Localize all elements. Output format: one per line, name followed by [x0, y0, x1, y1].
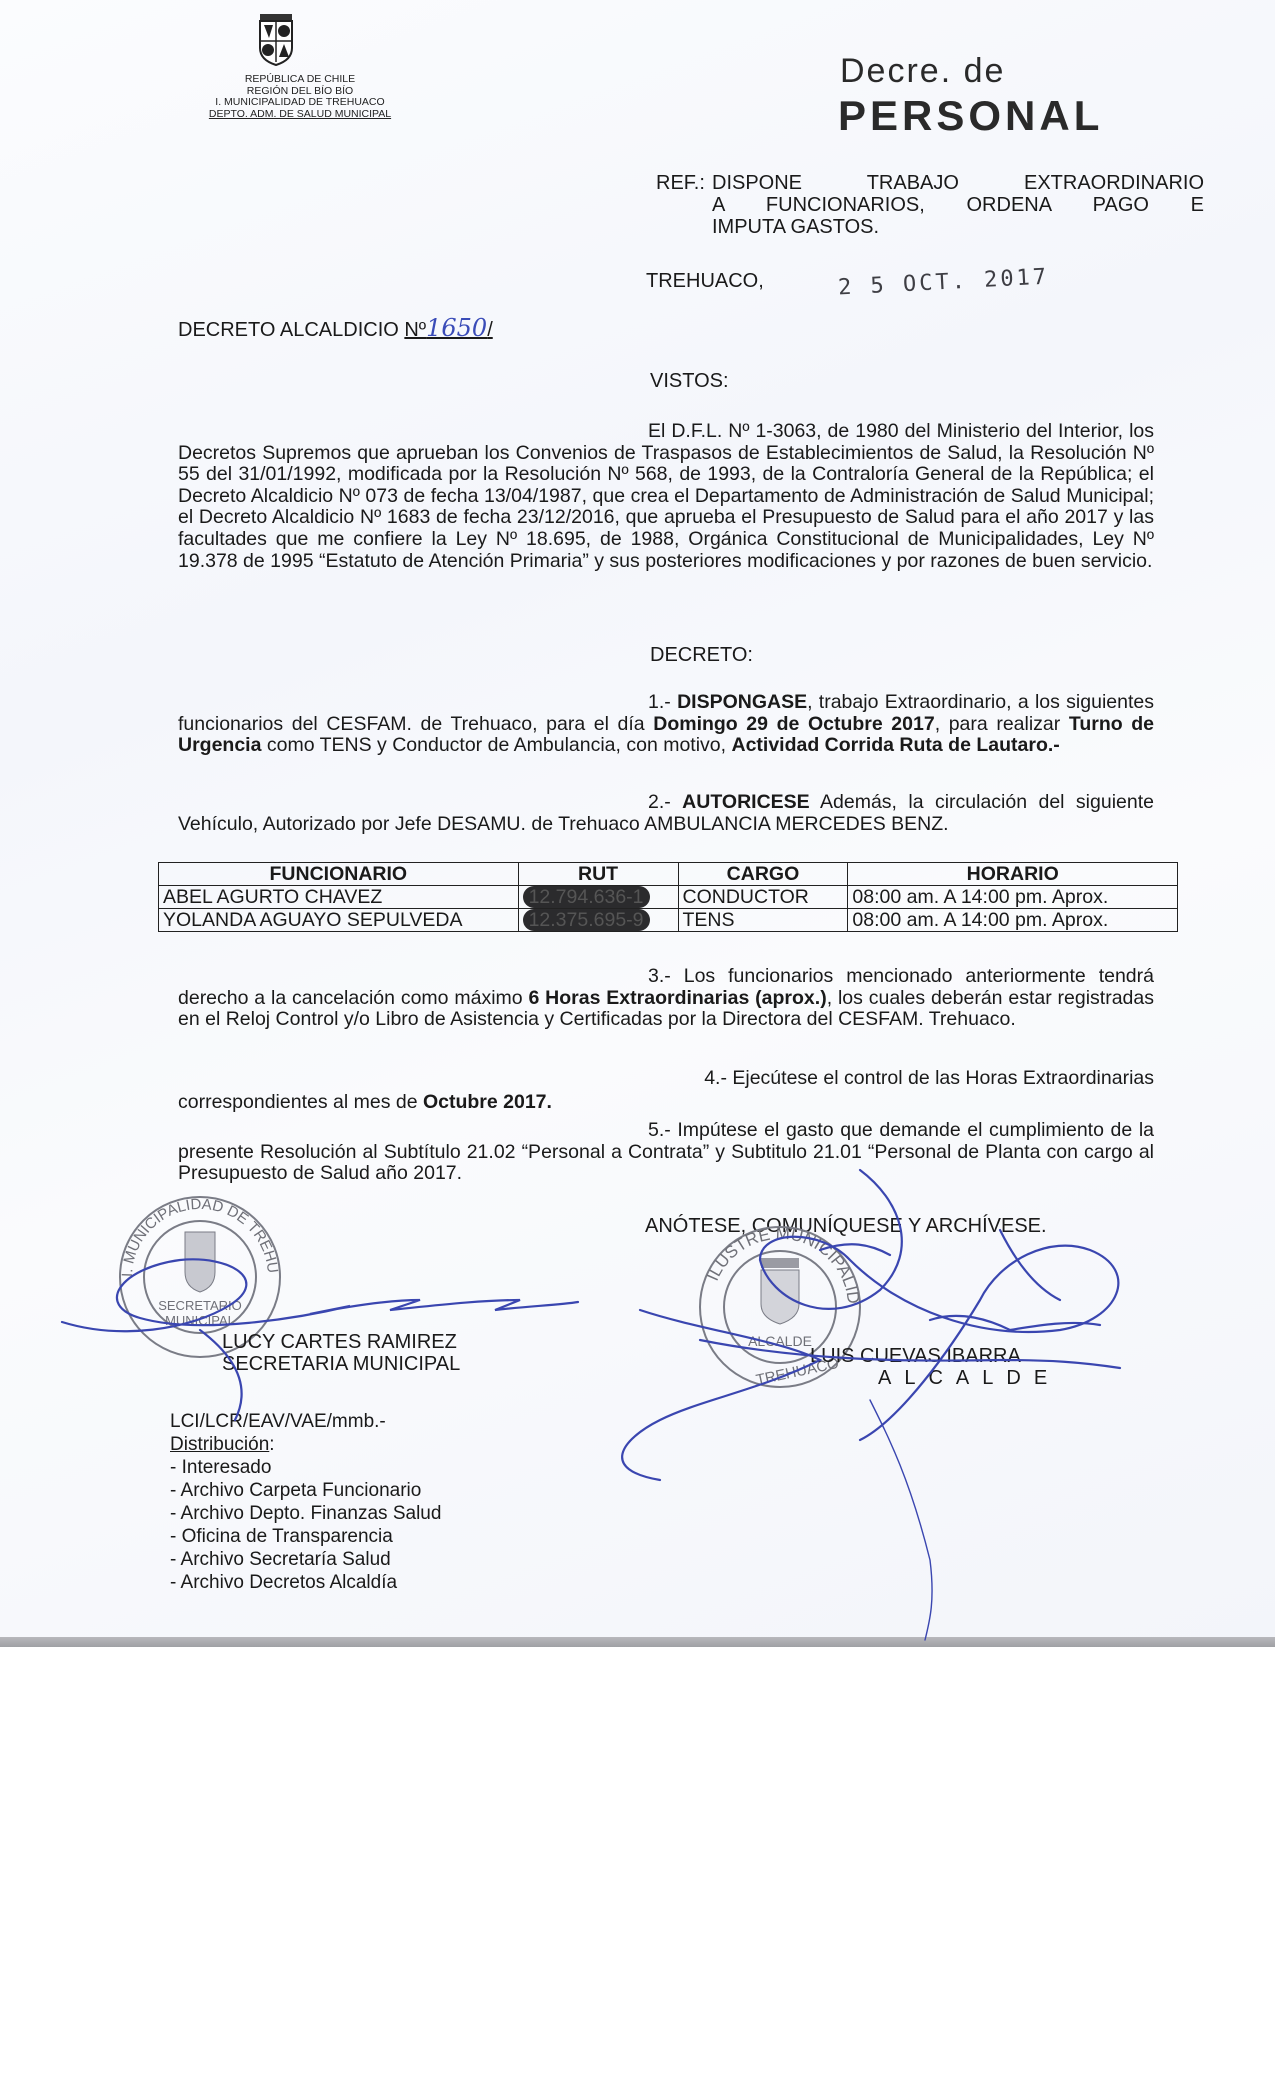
point-2: 2.- AUTORICESE Además, la circulación de…	[178, 792, 1154, 835]
institution-header: REPÚBLICA DE CHILE REGIÓN DEL BÍO BÍO I.…	[170, 74, 430, 120]
distribution-item: - Archivo Decretos Alcaldía	[170, 1571, 441, 1594]
number-suffix: /	[487, 319, 493, 341]
point-number: 2.-	[648, 791, 682, 813]
ref-line: A FUNCIONARIOS, ORDENA PAGO E	[712, 194, 1204, 216]
point-number: 5.-	[648, 1119, 677, 1141]
point-4-continuation: correspondientes al mes de Octubre 2017.	[178, 1092, 1154, 1114]
cell-cargo: TENS	[678, 909, 848, 932]
signer-left: LUCY CARTES RAMIREZ SECRETARIA MUNICIPAL	[222, 1331, 460, 1375]
handwritten-number: 1650	[426, 314, 487, 342]
ref-line: DISPONE TRABAJO EXTRAORDINARIO	[712, 172, 1204, 194]
decree-number: DECRETO ALCALDICIO Nº1650/	[178, 314, 493, 342]
table-row: YOLANDA AGUAYO SEPULVEDA 12.375.695-9 TE…	[159, 909, 1178, 932]
bold-text: Actividad Corrida Ruta de Lautaro.-	[731, 734, 1059, 756]
column-header: RUT	[518, 863, 678, 886]
distribution-item: - Oficina de Transparencia	[170, 1525, 441, 1548]
cell-horario: 08:00 am. A 14:00 pm. Aprox.	[848, 909, 1178, 932]
cell-horario: 08:00 am. A 14:00 pm. Aprox.	[848, 886, 1178, 909]
table-header-row: FUNCIONARIO RUT CARGO HORARIO	[159, 863, 1178, 886]
signer-role: ALCALDE	[810, 1367, 1060, 1389]
distribution-item: - Archivo Secretaría Salud	[170, 1548, 441, 1571]
signer-name: LUCY CARTES RAMIREZ	[222, 1331, 460, 1353]
cell-funcionario: YOLANDA AGUAYO SEPULVEDA	[159, 909, 519, 932]
distribution-label: Distribución	[170, 1434, 269, 1455]
bold-text: DISPONGASE	[677, 691, 807, 713]
point-3: 3.- Los funcionarios mencionado anterior…	[178, 966, 1154, 1031]
bold-text: AUTORICESE	[682, 791, 810, 813]
text: , para realizar	[935, 713, 1069, 735]
column-header: CARGO	[678, 863, 848, 886]
ref-line: IMPUTA GASTOS.	[712, 216, 1204, 238]
svg-text:SECRETARIO: SECRETARIO	[158, 1298, 242, 1313]
text: correspondientes al mes de	[178, 1091, 423, 1113]
point-number: 4.-	[704, 1067, 732, 1089]
redacted-rut: 12.794.636-1	[523, 886, 650, 908]
bold-text: Octubre 2017.	[423, 1091, 552, 1113]
table-row: ABEL AGURTO CHAVEZ 12.794.636-1 CONDUCTO…	[159, 886, 1178, 909]
distribution-block: LCI/LCR/EAV/VAE/mmb.- Distribución: - In…	[170, 1410, 441, 1594]
initials: LCI/LCR/EAV/VAE/mmb.-	[170, 1410, 441, 1433]
place: TREHUACO,	[646, 270, 764, 293]
column-header: FUNCIONARIO	[159, 863, 519, 886]
document-type-line1: Decre. de	[840, 52, 1005, 91]
text: como TENS y Conductor de Ambulancia, con…	[261, 734, 731, 756]
document-type-line2: PERSONAL	[838, 92, 1103, 140]
distribution-item: - Archivo Depto. Finanzas Salud	[170, 1502, 441, 1525]
header-line: I. MUNICIPALIDAD DE TREHUACO	[170, 97, 430, 109]
vistos-label: VISTOS:	[650, 370, 729, 393]
svg-text:MUNICIPAL: MUNICIPAL	[165, 1313, 235, 1328]
cell-funcionario: ABEL AGURTO CHAVEZ	[159, 886, 519, 909]
cell-rut: 12.794.636-1	[518, 886, 678, 909]
distribution-item: - Archivo Carpeta Funcionario	[170, 1479, 441, 1502]
signer-role: SECRETARIA MUNICIPAL	[222, 1353, 460, 1375]
bold-text: Domingo 29 de Octubre 2017	[653, 713, 934, 735]
decree-prefix: DECRETO ALCALDICIO	[178, 319, 404, 341]
signer-name: LUIS CUEVAS IBARRA	[810, 1345, 1060, 1367]
coat-of-arms-icon	[256, 14, 296, 66]
vistos-paragraph: El D.F.L. Nº 1-3063, de 1980 del Ministe…	[178, 421, 1154, 572]
cell-cargo: CONDUCTOR	[678, 886, 848, 909]
point-number: 3.-	[648, 965, 684, 987]
point-5: 5.- Impútese el gasto que demande el cum…	[178, 1120, 1154, 1185]
redacted-rut: 12.375.695-9	[523, 909, 650, 931]
header-line: REPÚBLICA DE CHILE	[170, 74, 430, 86]
page-bottom-edge	[0, 1637, 1275, 1647]
distribution-item: - Interesado	[170, 1456, 441, 1479]
point-number: 1.-	[648, 691, 677, 713]
ref-label: REF.:	[656, 172, 705, 194]
header-line: DEPTO. ADM. DE SALUD MUNICIPAL	[170, 109, 430, 121]
decreto-label: DECRETO:	[650, 644, 753, 667]
bold-text: 6 Horas Extraordinarias (aprox.)	[528, 987, 826, 1009]
column-header: HORARIO	[848, 863, 1178, 886]
cell-rut: 12.375.695-9	[518, 909, 678, 932]
svg-text:ALCALDE: ALCALDE	[748, 1333, 812, 1349]
text: Ejecútese el control de las Horas Extrao…	[732, 1067, 1154, 1089]
staff-table: FUNCIONARIO RUT CARGO HORARIO ABEL AGURT…	[158, 862, 1178, 932]
vistos-text: El D.F.L. Nº 1-3063, de 1980 del Ministe…	[178, 420, 1154, 572]
point-1: 1.- DISPONGASE, trabajo Extraordinario, …	[178, 692, 1154, 757]
signer-right: LUIS CUEVAS IBARRA ALCALDE	[810, 1345, 1060, 1389]
number-label: Nº	[404, 319, 426, 341]
point-4: 4.- Ejecútese el control de las Horas Ex…	[178, 1068, 1154, 1090]
